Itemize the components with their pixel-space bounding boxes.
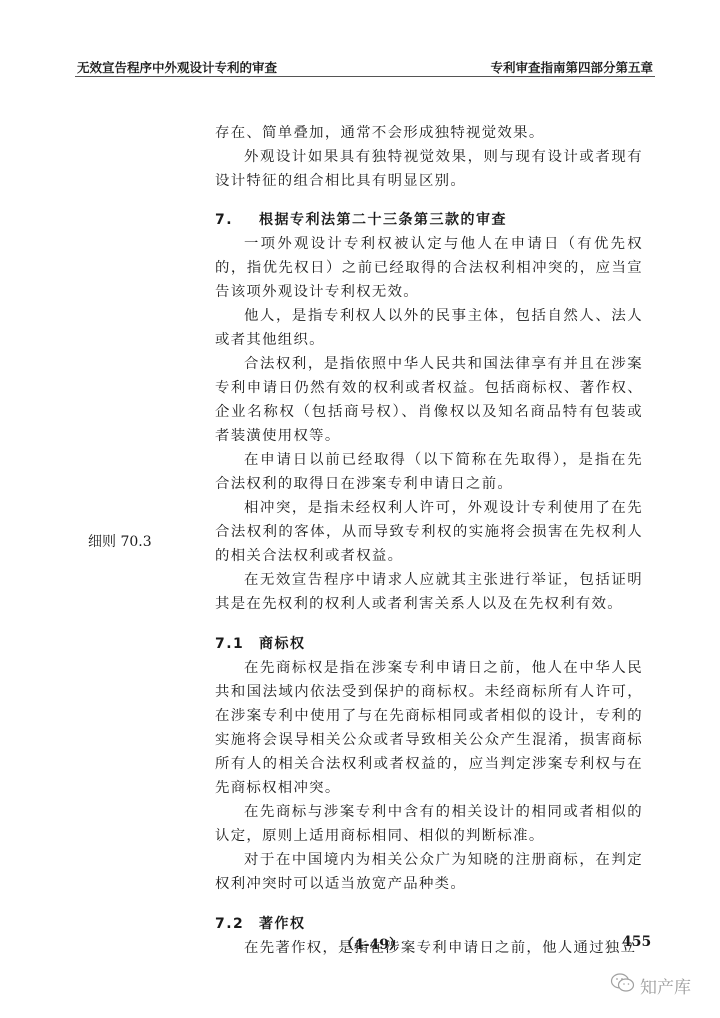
header-book-section: 专利审查指南第四部分第五章 (490, 58, 653, 76)
section-number: 7.2 (215, 912, 259, 936)
margin-note-rule-reference: 细则 70.3 (88, 531, 152, 551)
running-header: 无效宣告程序中外观设计专利的审查 专利审查指南第四部分第五章 (75, 56, 655, 77)
watermark-text: 知产库 (640, 973, 691, 998)
body-text: 存在、简单叠加，通常不会形成独特视觉效果。 外观设计如果具有独特视觉效果，则与现… (215, 121, 643, 960)
paragraph: 在先商标权是指在涉案专利申请日之前，他人在中华人民共和国法域内依法受到保护的商标… (215, 656, 643, 800)
paragraph: 合法权利，是指依照中华人民共和国法律享有并且在涉案专利申请日仍然有效的权利或者权… (215, 352, 643, 448)
section-title: 根据专利法第二十三条第三款的审查 (259, 212, 507, 228)
footer-page-number: 455 (622, 934, 651, 950)
watermark: 知产库 (610, 972, 691, 999)
wechat-icon (610, 972, 636, 999)
paragraph: 对于在中国境内为相关公众广为知晓的注册商标，在判定权利冲突时可以适当放宽产品种类… (215, 848, 643, 896)
header-chapter-title: 无效宣告程序中外观设计专利的审查 (77, 58, 277, 76)
section-heading-7-2: 7.2著作权 (215, 912, 643, 936)
paragraph: 相冲突，是指未经权利人许可，外观设计专利使用了在先合法权利的客体，从而导致专利权… (215, 496, 643, 568)
paragraph: 一项外观设计专利权被认定与他人在申请日（有优先权的，指优先权日）之前已经取得的合… (215, 232, 643, 304)
section-heading-7-1: 7.1商标权 (215, 632, 643, 656)
section-heading-7: 7.根据专利法第二十三条第三款的审查 (215, 208, 643, 232)
section-number: 7. (215, 208, 259, 232)
paragraph: 在先著作权，是指在涉案专利申请日之前，他人通过独立 (215, 936, 643, 960)
section-title: 商标权 (259, 636, 306, 652)
paragraph: 存在、简单叠加，通常不会形成独特视觉效果。 (215, 121, 643, 145)
paragraph: 在先商标与涉案专利中含有的相关设计的相同或者相似的认定，原则上适用商标相同、相似… (215, 800, 643, 848)
paragraph: 外观设计如果具有独特视觉效果，则与现有设计或者现有设计特征的组合相比具有明显区别… (215, 145, 643, 193)
paragraph: 他人，是指专利权人以外的民事主体，包括自然人、法人或者其他组织。 (215, 304, 643, 352)
paragraph: 在无效宣告程序中请求人应就其主张进行举证，包括证明其是在先权利的权利人或者利害关… (215, 568, 643, 616)
section-number: 7.1 (215, 632, 259, 656)
footer-section-code: （4-49） (340, 934, 403, 954)
paragraph: 在申请日以前已经取得（以下简称在先取得），是指在先合法权利的取得日在涉案专利申请… (215, 448, 643, 496)
section-title: 著作权 (259, 916, 306, 932)
